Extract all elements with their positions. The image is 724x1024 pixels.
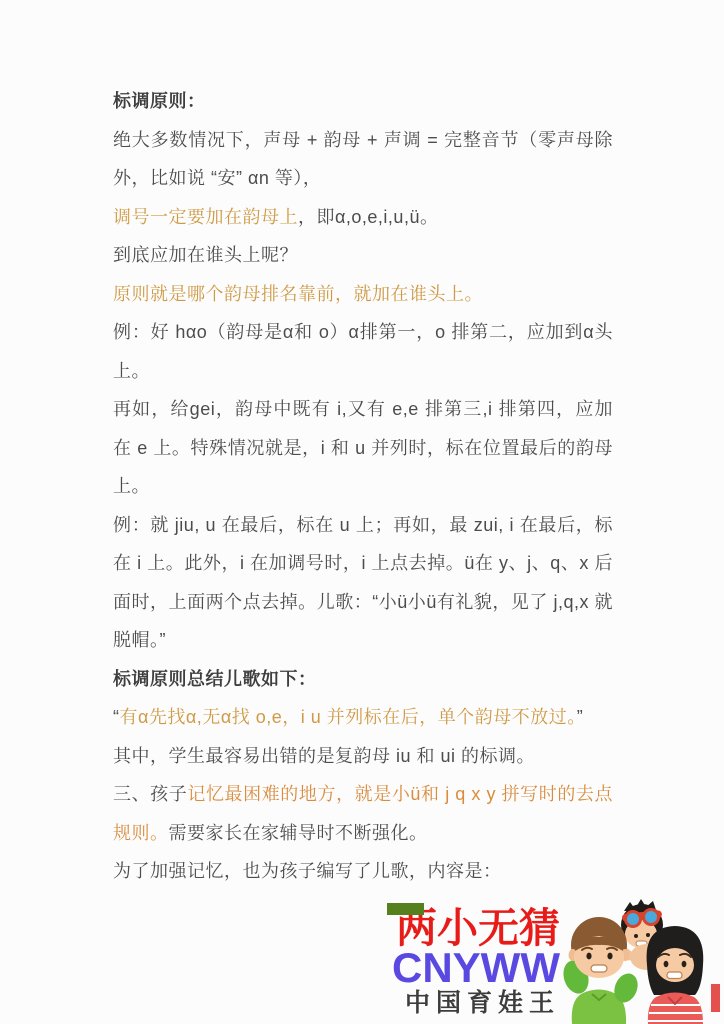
paragraph-example-gei: 再如，给gei，韵母中既有 i,又有 e,e 排第三,i 排第四，应加在 e 上… bbox=[113, 390, 613, 506]
paragraph-syllable-formula: 绝大多数情况下，声母 + 韵母 + 声调 = 完整音节（零声母除外，比如说 “安… bbox=[113, 121, 613, 198]
heading-rhyme-summary: 标调原则总结儿歌如下： bbox=[113, 660, 613, 699]
paragraph-text: 例：就 jiu, u 在最后，标在 u 上；再如，最 zui, i 在最后，标在… bbox=[113, 515, 613, 651]
paragraph-example-hao: 例：好 hαo（韵母是α和 o）α排第一，o 排第二，应加到α头上。 bbox=[113, 313, 613, 390]
woman-icon bbox=[647, 926, 704, 1024]
highlight-text: 原则就是哪个韵母排名靠前，就加在谁头上。 bbox=[113, 284, 483, 304]
highlight-text: 调号一定要加在韵母上 bbox=[113, 207, 298, 227]
paragraph-text: 再如，给gei，韵母中既有 i,又有 e,e 排第三,i 排第四，应加在 e 上… bbox=[113, 399, 613, 496]
quote-mark-close: ” bbox=[577, 707, 584, 727]
paragraph-text: 需要家长在家辅导时不断强化。 bbox=[169, 823, 428, 843]
document-body: 标调原则： 绝大多数情况下，声母 + 韵母 + 声调 = 完整音节（零声母除外，… bbox=[113, 82, 613, 891]
paragraph-tone-on-final: 调号一定要加在韵母上，即α,o,e,i,u,ü。 bbox=[113, 198, 613, 237]
paragraph-text: 到底应加在谁头上呢？ bbox=[113, 245, 298, 265]
rhyme-text: 有α先找α,无α找 o,e，i u 并列标在后，单个韵母不放过。 bbox=[120, 707, 577, 727]
watermark-brand-en: CNYWW bbox=[392, 947, 572, 989]
watermark-brand-sub: 中国育娃王 bbox=[405, 991, 565, 1016]
paragraph-text: 绝大多数情况下，声母 + 韵母 + 声调 = 完整音节（零声母除外，比如说 “安… bbox=[113, 130, 613, 189]
green-redaction-bar bbox=[387, 903, 424, 915]
paragraph-rhyme-intro: 为了加强记忆，也为孩子编写了儿歌，内容是： bbox=[113, 852, 613, 891]
paragraph-common-mistake: 其中，学生最容易出错的是复韵母 iu 和 ui 的标调。 bbox=[113, 737, 613, 776]
paragraph-example-jiu-zui: 例：就 jiu, u 在最后，标在 u 上；再如，最 zui, i 在最后，标在… bbox=[113, 506, 613, 660]
paragraph-rhyme: “有α先找α,无α找 o,e，i u 并列标在后，单个韵母不放过。” bbox=[113, 698, 613, 737]
paragraph-section-three: 三、孩子记忆最困难的地方，就是小ü和 j q x y 拼写时的去点规则。需要家长… bbox=[113, 775, 613, 852]
cartoon-children-illustration bbox=[552, 893, 724, 1024]
heading-tone-marking-rules: 标调原则： bbox=[113, 82, 613, 121]
paragraph-text: 其中，学生最容易出错的是复韵母 iu 和 ui 的标调。 bbox=[113, 746, 535, 766]
paragraph-rule-highlight: 原则就是哪个韵母排名靠前，就加在谁头上。 bbox=[113, 275, 613, 314]
paragraph-text: 三、孩子 bbox=[113, 784, 187, 804]
paragraph-text: 例：好 hαo（韵母是α和 o）α排第一，o 排第二，应加到α头上。 bbox=[113, 322, 613, 381]
paragraph-question: 到底应加在谁头上呢？ bbox=[113, 236, 613, 275]
heading-text: 标调原则： bbox=[113, 91, 206, 111]
heading-text: 标调原则总结儿歌如下： bbox=[113, 669, 317, 689]
paragraph-text: 为了加强记忆，也为孩子编写了儿歌，内容是： bbox=[113, 861, 502, 881]
paragraph-text: ，即α,o,e,i,u,ü。 bbox=[298, 207, 438, 227]
